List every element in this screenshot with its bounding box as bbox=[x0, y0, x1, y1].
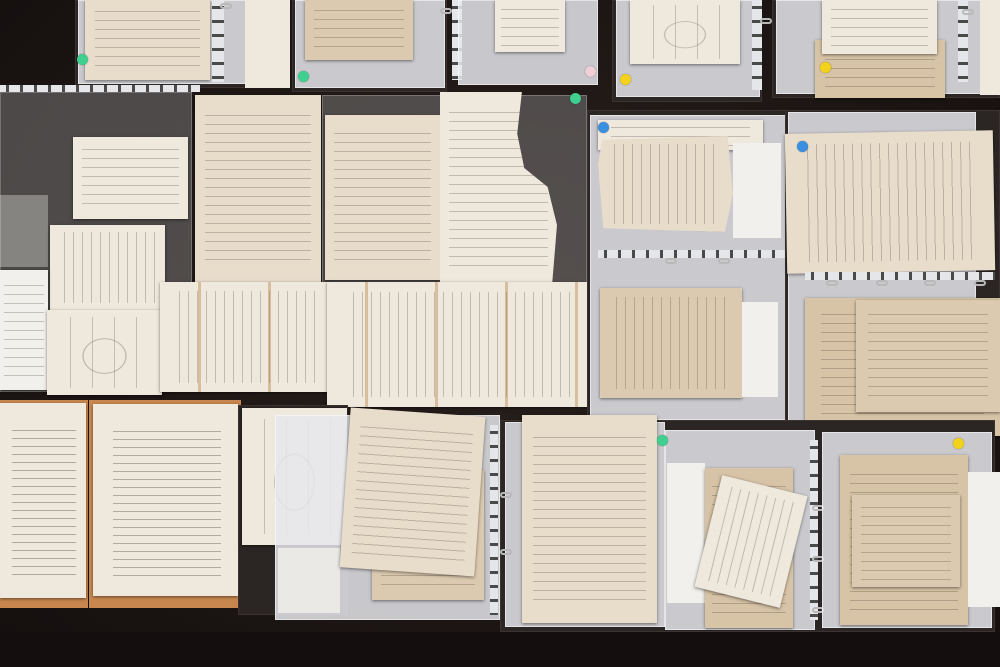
sticker-blue bbox=[598, 122, 609, 133]
sticker-green bbox=[570, 93, 581, 104]
blank-sheet-bottom bbox=[278, 548, 340, 613]
letter-top-1 bbox=[85, 0, 210, 80]
binder-holes-bottom-center bbox=[490, 425, 498, 615]
letter-top-2 bbox=[305, 0, 413, 60]
binder-ring-mid-2a bbox=[826, 280, 838, 286]
binder-holes-4 bbox=[752, 0, 762, 90]
sticker-green bbox=[77, 54, 88, 65]
paper-top-1b bbox=[245, 0, 290, 88]
binder-ring-mid-2c bbox=[924, 280, 936, 286]
binder-ring-mid-1b bbox=[718, 258, 730, 264]
sticker-yellow bbox=[820, 62, 831, 73]
stained-sheet-2 bbox=[327, 282, 593, 407]
typed-stack-1 bbox=[0, 403, 86, 598]
letter-torn-mid bbox=[598, 136, 733, 232]
letter-large-bottom bbox=[522, 415, 657, 623]
letter-top-3 bbox=[495, 0, 565, 52]
sleeve-hole-strip-left bbox=[0, 85, 200, 92]
letter-large-right bbox=[785, 130, 995, 274]
white-card-mid-2 bbox=[742, 302, 778, 397]
binder-holes-bottom-right bbox=[810, 440, 818, 620]
paper-top-5-edge bbox=[980, 0, 1000, 95]
sticker-green bbox=[657, 435, 668, 446]
sticker-yellow bbox=[620, 74, 631, 85]
manuscripts-photo: Overhead photograph of many handwritten … bbox=[0, 0, 1000, 667]
stained-sheet-1 bbox=[160, 282, 330, 392]
binder-ring-4 bbox=[760, 18, 772, 24]
sketch-face bbox=[47, 310, 162, 395]
white-sheet-bottom-right bbox=[968, 472, 1000, 607]
table-surface-bottom bbox=[0, 632, 1000, 667]
note-small-2 bbox=[50, 225, 165, 310]
binder-ring-mid-2d bbox=[974, 280, 986, 286]
binder-ring-bottom-a bbox=[500, 492, 512, 498]
white-card-mid bbox=[733, 143, 781, 238]
letter-right-top bbox=[856, 300, 1000, 412]
sticker-pink bbox=[585, 66, 596, 77]
manuscript-page-1 bbox=[195, 95, 321, 283]
sketch-top-fern bbox=[630, 0, 740, 64]
binder-ring-5 bbox=[962, 9, 974, 15]
letter-dark-ink bbox=[852, 495, 960, 587]
binder-holes-mid-1 bbox=[598, 250, 788, 258]
binder-ring-mid-2b bbox=[876, 280, 888, 286]
sticker-yellow bbox=[953, 438, 964, 449]
note-blue-ink bbox=[0, 270, 48, 390]
binder-ring-bottom-b bbox=[500, 549, 512, 555]
manuscript-page-2 bbox=[325, 115, 440, 280]
clear-sleeve-corner bbox=[0, 195, 48, 267]
letter-dense-handwriting bbox=[340, 407, 486, 576]
binder-ring-2 bbox=[440, 8, 452, 14]
letter-mid-lower bbox=[600, 288, 742, 398]
typed-page-corrections bbox=[93, 404, 238, 596]
binder-holes-mid-2 bbox=[805, 272, 995, 280]
binder-ring-mid-1a bbox=[665, 258, 677, 264]
note-small-1 bbox=[73, 137, 188, 219]
letter-top-5 bbox=[822, 0, 937, 54]
sticker-green bbox=[298, 71, 309, 82]
sticker-blue bbox=[797, 141, 808, 152]
binder-holes-1 bbox=[212, 0, 224, 82]
binder-ring-1 bbox=[220, 3, 232, 9]
